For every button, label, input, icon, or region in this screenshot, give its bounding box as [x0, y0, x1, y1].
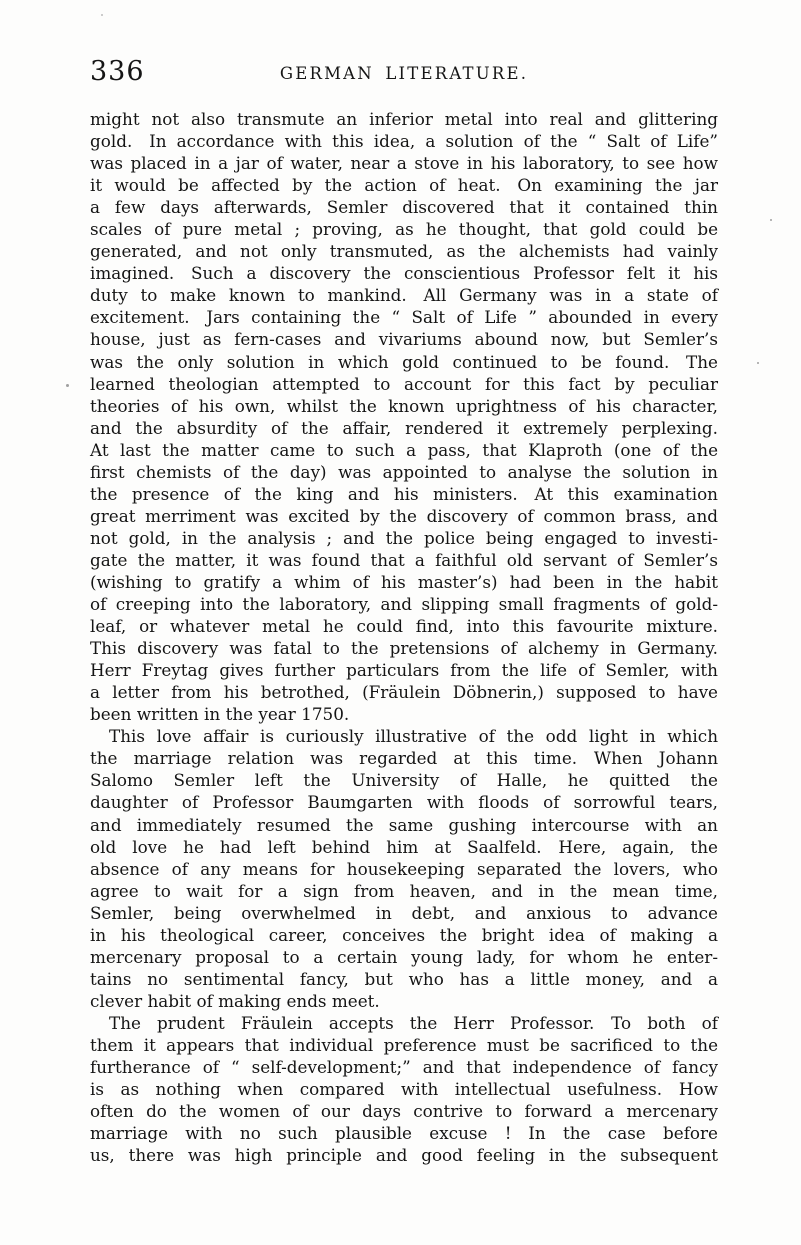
scan-speck — [66, 384, 69, 387]
page-body: might not also transmute an inferior met… — [90, 108, 718, 1166]
text-line: Herr Freytag gives further particulars f… — [90, 659, 718, 681]
text-line: house, just as fern-cases and vivariums … — [90, 328, 718, 350]
scan-speck — [770, 219, 772, 221]
text-line: was placed in a jar of water, near a sto… — [90, 152, 718, 174]
text-line: absence of any means for housekeeping se… — [90, 858, 718, 880]
text-line: clever habit of making ends meet. — [90, 990, 718, 1012]
text-line: generated, and not only transmuted, as t… — [90, 240, 718, 262]
text-line: and the absurdity of the affair, rendere… — [90, 417, 718, 439]
text-line: the presence of the king and his ministe… — [90, 483, 718, 505]
page-header: 336 GERMAN LITERATURE. — [90, 56, 718, 90]
text-line: Salomo Semler left the University of Hal… — [90, 769, 718, 791]
text-line: gold. In accordance with this idea, a so… — [90, 130, 718, 152]
text-line: us, there was high principle and good fe… — [90, 1144, 718, 1166]
text-line: This love affair is curiously illustrati… — [90, 725, 718, 747]
text-line: daughter of Professor Baumgarten with fl… — [90, 791, 718, 813]
text-line: been written in the year 1750. — [90, 703, 718, 725]
text-line: learned theologian attempted to account … — [90, 373, 718, 395]
paragraph: might not also transmute an inferior met… — [90, 108, 718, 725]
text-line: might not also transmute an inferior met… — [90, 108, 718, 130]
text-line: imagined. Such a discovery the conscient… — [90, 262, 718, 284]
text-line: agree to wait for a sign from heaven, an… — [90, 880, 718, 902]
text-line: marriage with no such plausible excuse !… — [90, 1122, 718, 1144]
text-line: it would be affected by the action of he… — [90, 174, 718, 196]
text-line: tains no sentimental fancy, but who has … — [90, 968, 718, 990]
text-line: in his theological career, conceives the… — [90, 924, 718, 946]
scan-speck — [101, 14, 103, 16]
text-line: excitement. Jars containing the “ Salt o… — [90, 306, 718, 328]
scan-speck — [757, 362, 759, 364]
text-line: leaf, or whatever metal he could find, i… — [90, 615, 718, 637]
text-line: not gold, in the analysis ; and the poli… — [90, 527, 718, 549]
text-line: Semler, being overwhelmed in debt, and a… — [90, 902, 718, 924]
text-line: duty to make known to mankind. All Germa… — [90, 284, 718, 306]
text-line: a letter from his betrothed, (Fräulein D… — [90, 681, 718, 703]
text-line: is as nothing when compared with intelle… — [90, 1078, 718, 1100]
text-line: of creeping into the laboratory, and sli… — [90, 593, 718, 615]
text-line: first chemists of the day) was appointed… — [90, 461, 718, 483]
text-line: furtherance of “ self-development;” and … — [90, 1056, 718, 1078]
text-line: (wishing to gratify a whim of his master… — [90, 571, 718, 593]
text-line: them it appears that individual preferen… — [90, 1034, 718, 1056]
text-line: was the only solution in which gold cont… — [90, 351, 718, 373]
text-line: At last the matter came to such a pass, … — [90, 439, 718, 461]
text-line: often do the women of our days contrive … — [90, 1100, 718, 1122]
text-line: scales of pure metal ; proving, as he th… — [90, 218, 718, 240]
paragraph: This love affair is curiously illustrati… — [90, 725, 718, 1012]
book-page: 336 GERMAN LITERATURE. might not also tr… — [0, 0, 801, 1245]
text-line: great merriment was excited by the disco… — [90, 505, 718, 527]
text-line: and immediately resumed the same gushing… — [90, 814, 718, 836]
text-line: old love he had left behind him at Saalf… — [90, 836, 718, 858]
text-line: gate the matter, it was found that a fai… — [90, 549, 718, 571]
text-line: mercenary proposal to a certain young la… — [90, 946, 718, 968]
text-line: This discovery was fatal to the pretensi… — [90, 637, 718, 659]
paragraph: The prudent Fräulein accepts the Herr Pr… — [90, 1012, 718, 1166]
text-line: the marriage relation was regarded at th… — [90, 747, 718, 769]
running-title: GERMAN LITERATURE. — [90, 64, 718, 83]
text-line: a few days afterwards, Semler discovered… — [90, 196, 718, 218]
text-line: The prudent Fräulein accepts the Herr Pr… — [90, 1012, 718, 1034]
text-line: theories of his own, whilst the known up… — [90, 395, 718, 417]
